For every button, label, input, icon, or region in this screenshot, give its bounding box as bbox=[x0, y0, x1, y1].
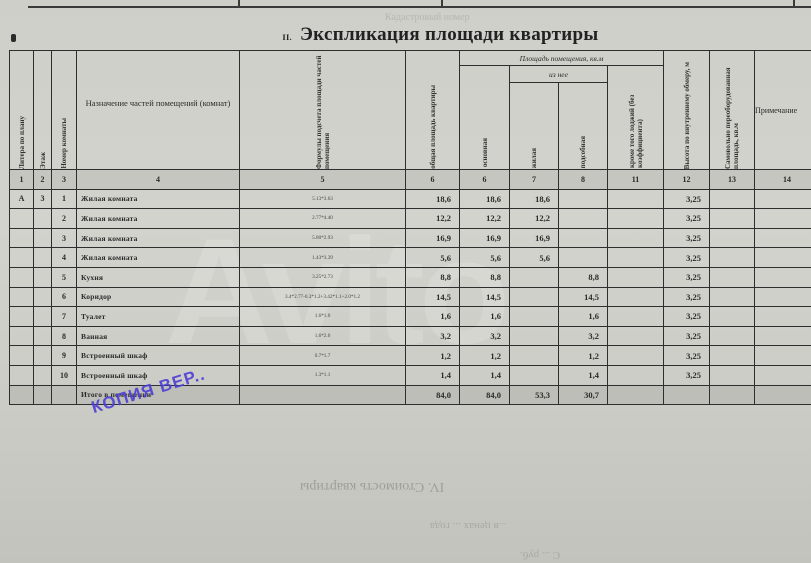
cell-room-number: 3 bbox=[52, 228, 77, 248]
cell-room-number: 6 bbox=[52, 287, 77, 307]
cell-room-number: 7 bbox=[52, 307, 77, 327]
cell-total-area: 16,9 bbox=[406, 228, 460, 248]
cell-balcony-area bbox=[608, 248, 664, 268]
punch-mark bbox=[11, 34, 16, 42]
bleed-through-text: Кадастровый номер bbox=[385, 12, 470, 23]
cell-unauthorized bbox=[710, 248, 755, 268]
cell-floor bbox=[34, 365, 52, 385]
cell-floor bbox=[34, 326, 52, 346]
cell-unauthorized bbox=[710, 228, 755, 248]
table-row: 9Встроенный шкаф0.7*1.71,21,21,23,25 bbox=[10, 346, 811, 366]
table-row: 2Жилая комната2.77*4.4012,212,212,23,25 bbox=[10, 209, 811, 229]
cell-formula: 2.77*4.40 bbox=[240, 209, 406, 229]
cell-litera bbox=[10, 267, 34, 287]
cell-total-area: 5,6 bbox=[406, 248, 460, 268]
cell-balcony-area bbox=[608, 287, 664, 307]
cell-main-area: 12,2 bbox=[460, 209, 510, 229]
cell-unauthorized bbox=[710, 209, 755, 229]
header-notes: Примечание bbox=[755, 51, 811, 170]
cell-formula: 3.4*2.77-0.3*1.2+3.42*1.1+2.0*1.2 bbox=[240, 287, 406, 307]
previous-table-border bbox=[28, 0, 811, 8]
cell-notes bbox=[755, 267, 811, 287]
column-number: 2 bbox=[34, 170, 52, 190]
cell-auxiliary-area bbox=[559, 209, 608, 229]
cell-litera bbox=[10, 209, 34, 229]
faded-line-1: ...в ценах ... года bbox=[430, 520, 507, 532]
table-row: 8Ванная1.6*2.03,23,23,23,25 bbox=[10, 326, 811, 346]
cell-notes bbox=[755, 365, 811, 385]
cell-purpose: Встроенный шкаф bbox=[77, 346, 240, 366]
cell-formula: 1.6*1.0 bbox=[240, 307, 406, 327]
living-area-sum: 53,3 bbox=[510, 385, 559, 405]
cell-unauthorized bbox=[710, 287, 755, 307]
cell-floor bbox=[34, 287, 52, 307]
table-row: 10Встроенный шкаф1.3*1.11,41,41,43,25 bbox=[10, 365, 811, 385]
cell-living-area: 16,9 bbox=[510, 228, 559, 248]
cell-floor bbox=[34, 267, 52, 287]
header-room-number: Номер комнаты bbox=[52, 51, 77, 170]
cell-notes bbox=[755, 307, 811, 327]
cell-formula: 3.25*2.73 bbox=[240, 267, 406, 287]
cell-litera bbox=[10, 248, 34, 268]
cell-auxiliary-area: 1,4 bbox=[559, 365, 608, 385]
cell-height: 3,25 bbox=[664, 326, 710, 346]
cell-floor: 3 bbox=[34, 189, 52, 209]
faded-section-title: IV. Стоимость квартиры bbox=[300, 478, 444, 494]
cell-height: 3,25 bbox=[664, 189, 710, 209]
cell-unauthorized bbox=[710, 307, 755, 327]
cell-balcony-area bbox=[608, 346, 664, 366]
column-number: 5 bbox=[240, 170, 406, 190]
cell-formula: 1.6*2.0 bbox=[240, 326, 406, 346]
explication-table: Литера по плану Этаж Номер комнаты Назна… bbox=[9, 50, 811, 405]
cell-purpose: Жилая комната bbox=[77, 209, 240, 229]
faded-line-2: С ... руб. bbox=[520, 549, 560, 561]
cell-balcony-area bbox=[608, 209, 664, 229]
cell-auxiliary-area bbox=[559, 189, 608, 209]
cell-purpose: Туалет bbox=[77, 307, 240, 327]
cell-room-number: 5 bbox=[52, 267, 77, 287]
cell-purpose: Жилая комната bbox=[77, 228, 240, 248]
cell-auxiliary-area: 1,6 bbox=[559, 307, 608, 327]
cell-total-area: 1,6 bbox=[406, 307, 460, 327]
cell-main-area: 1,4 bbox=[460, 365, 510, 385]
column-number: 6 bbox=[406, 170, 460, 190]
cell-height: 3,25 bbox=[664, 307, 710, 327]
cell-notes bbox=[755, 248, 811, 268]
cell-living-area bbox=[510, 307, 559, 327]
cell-auxiliary-area: 3,2 bbox=[559, 326, 608, 346]
header-total-area: общая площадь квартиры bbox=[406, 51, 460, 170]
column-number-row: 12345667811121314 bbox=[10, 170, 811, 190]
total-area-sum: 84,0 bbox=[406, 385, 460, 405]
cell-purpose: Ванная bbox=[77, 326, 240, 346]
cell-auxiliary-area bbox=[559, 228, 608, 248]
cell-living-area bbox=[510, 267, 559, 287]
cell-litera bbox=[10, 228, 34, 248]
cell-balcony-area bbox=[608, 189, 664, 209]
cell-unauthorized bbox=[710, 365, 755, 385]
header-unauthorized-area: Самовольно переоборудованная площадь, кв… bbox=[710, 51, 755, 170]
cell-floor bbox=[34, 228, 52, 248]
header-of-which: из нее bbox=[510, 66, 608, 83]
cell-height: 3,25 bbox=[664, 287, 710, 307]
column-number: 14 bbox=[755, 170, 811, 190]
cell-living-area bbox=[510, 346, 559, 366]
cell-unauthorized bbox=[710, 267, 755, 287]
table-row: 3Жилая комната5.80*2.9316,916,916,93,25 bbox=[10, 228, 811, 248]
header-area-group: Площадь помещения, кв.м bbox=[460, 51, 664, 66]
cell-living-area: 5,6 bbox=[510, 248, 559, 268]
column-number: 11 bbox=[608, 170, 664, 190]
cell-living-area: 12,2 bbox=[510, 209, 559, 229]
cell-floor bbox=[34, 346, 52, 366]
cell-formula: 5.80*2.93 bbox=[240, 228, 406, 248]
cell-room-number: 9 bbox=[52, 346, 77, 366]
cell-auxiliary-area bbox=[559, 248, 608, 268]
header-formula: Формулы подсчета площади частей помещени… bbox=[240, 51, 406, 170]
cell-notes bbox=[755, 287, 811, 307]
cell-total-area: 14,5 bbox=[406, 287, 460, 307]
cell-total-area: 1,4 bbox=[406, 365, 460, 385]
column-number: 7 bbox=[510, 170, 559, 190]
cell-balcony-area bbox=[608, 307, 664, 327]
cell-litera bbox=[10, 346, 34, 366]
cell-living-area bbox=[510, 326, 559, 346]
header-floor: Этаж bbox=[34, 51, 52, 170]
cell-living-area: 18,6 bbox=[510, 189, 559, 209]
cell-total-area: 18,6 bbox=[406, 189, 460, 209]
header-living: жилая bbox=[510, 83, 559, 170]
cell-total-area: 8,8 bbox=[406, 267, 460, 287]
cell-floor bbox=[34, 248, 52, 268]
header-main-area: основная bbox=[460, 66, 510, 170]
cell-balcony-area bbox=[608, 365, 664, 385]
table-row: 7Туалет1.6*1.01,61,61,63,25 bbox=[10, 307, 811, 327]
cell-living-area bbox=[510, 287, 559, 307]
cell-floor bbox=[34, 307, 52, 327]
cell-purpose: Кухня bbox=[77, 267, 240, 287]
cell-floor bbox=[34, 209, 52, 229]
cell-height: 3,25 bbox=[664, 365, 710, 385]
column-number: 6 bbox=[460, 170, 510, 190]
cell-litera bbox=[10, 365, 34, 385]
header-height: Высота по внутреннему обмеру, м bbox=[664, 51, 710, 170]
column-number: 8 bbox=[559, 170, 608, 190]
table-row: 4Жилая комната1.43*3.395,65,65,63,25 bbox=[10, 248, 811, 268]
cell-notes bbox=[755, 189, 811, 209]
cell-auxiliary-area: 8,8 bbox=[559, 267, 608, 287]
cell-litera bbox=[10, 287, 34, 307]
cell-purpose: Жилая комната bbox=[77, 189, 240, 209]
cell-main-area: 5,6 bbox=[460, 248, 510, 268]
cell-main-area: 3,2 bbox=[460, 326, 510, 346]
cell-living-area bbox=[510, 365, 559, 385]
cell-formula: 5.13*3.63 bbox=[240, 189, 406, 209]
cell-litera bbox=[10, 326, 34, 346]
cell-notes bbox=[755, 346, 811, 366]
cell-room-number: 8 bbox=[52, 326, 77, 346]
cell-height: 3,25 bbox=[664, 346, 710, 366]
cell-auxiliary-area: 1,2 bbox=[559, 346, 608, 366]
main-area-sum: 84,0 bbox=[460, 385, 510, 405]
cell-purpose: Коридор bbox=[77, 287, 240, 307]
cell-height: 3,25 bbox=[664, 209, 710, 229]
cell-main-area: 1,2 bbox=[460, 346, 510, 366]
cell-main-area: 1,6 bbox=[460, 307, 510, 327]
table-row: 5Кухня3.25*2.738,88,88,83,25 bbox=[10, 267, 811, 287]
cell-formula: 0.7*1.7 bbox=[240, 346, 406, 366]
column-number: 1 bbox=[10, 170, 34, 190]
section-heading: II.Экспликация площади квартиры bbox=[234, 24, 599, 46]
column-number: 4 bbox=[77, 170, 240, 190]
header-litera: Литера по плану bbox=[10, 51, 34, 170]
table-row: А31Жилая комната5.13*3.6318,618,618,63,2… bbox=[10, 189, 811, 209]
cell-auxiliary-area: 14,5 bbox=[559, 287, 608, 307]
cell-room-number: 10 bbox=[52, 365, 77, 385]
cell-main-area: 18,6 bbox=[460, 189, 510, 209]
cell-balcony-area bbox=[608, 267, 664, 287]
cell-room-number: 2 bbox=[52, 209, 77, 229]
cell-litera bbox=[10, 307, 34, 327]
cell-total-area: 3,2 bbox=[406, 326, 460, 346]
cell-unauthorized bbox=[710, 326, 755, 346]
cell-notes bbox=[755, 209, 811, 229]
cell-height: 3,25 bbox=[664, 248, 710, 268]
cell-total-area: 1,2 bbox=[406, 346, 460, 366]
column-number: 13 bbox=[710, 170, 755, 190]
cell-room-number: 1 bbox=[52, 189, 77, 209]
cell-balcony-area bbox=[608, 228, 664, 248]
cell-unauthorized bbox=[710, 189, 755, 209]
cell-height: 3,25 bbox=[664, 228, 710, 248]
cell-room-number: 4 bbox=[52, 248, 77, 268]
auxiliary-area-sum: 30,7 bbox=[559, 385, 608, 405]
cell-notes bbox=[755, 326, 811, 346]
column-number: 12 bbox=[664, 170, 710, 190]
document-page: Кадастровый номер II.Экспликация площади… bbox=[0, 0, 811, 563]
cell-formula: 1.43*3.39 bbox=[240, 248, 406, 268]
header-auxiliary: подсобная bbox=[559, 83, 608, 170]
cell-notes bbox=[755, 228, 811, 248]
cell-total-area: 12,2 bbox=[406, 209, 460, 229]
cell-formula: 1.3*1.1 bbox=[240, 365, 406, 385]
table-row: 6Коридор3.4*2.77-0.3*1.2+3.42*1.1+2.0*1.… bbox=[10, 287, 811, 307]
cell-purpose: Жилая комната bbox=[77, 248, 240, 268]
section-title: Экспликация площади квартиры bbox=[300, 24, 599, 45]
cell-balcony-area bbox=[608, 326, 664, 346]
cell-main-area: 16,9 bbox=[460, 228, 510, 248]
cell-height: 3,25 bbox=[664, 267, 710, 287]
cell-litera: А bbox=[10, 189, 34, 209]
column-number: 3 bbox=[52, 170, 77, 190]
header-purpose: Назначение частей помещений (комнат) bbox=[77, 51, 240, 170]
cell-unauthorized bbox=[710, 346, 755, 366]
cell-main-area: 8,8 bbox=[460, 267, 510, 287]
section-number: II. bbox=[234, 32, 300, 42]
cell-main-area: 14,5 bbox=[460, 287, 510, 307]
header-balconies: кроме того лоджий (без коэффициента) bbox=[608, 66, 664, 170]
